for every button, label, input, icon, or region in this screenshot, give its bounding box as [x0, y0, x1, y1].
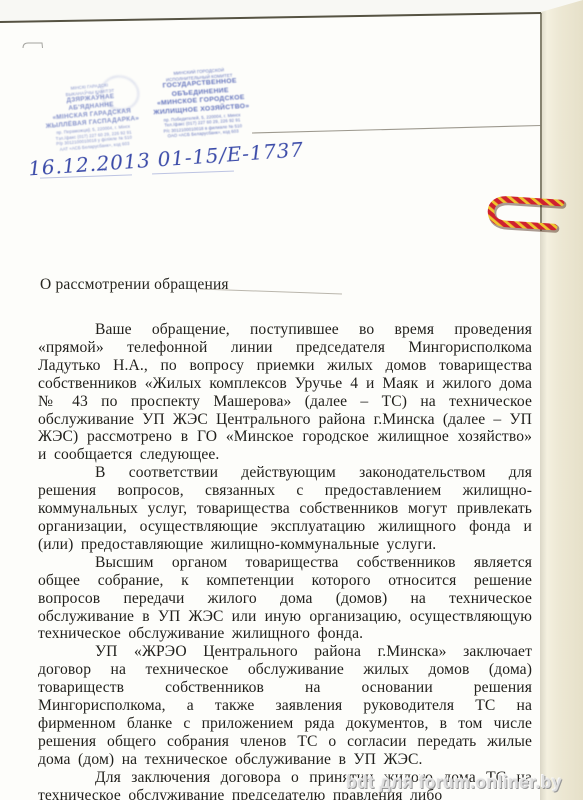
paragraph: Ваше обращение, поступившее во время про…	[38, 321, 532, 464]
paperclip-icon	[484, 188, 583, 240]
forum-watermark: bdt для forum.onliner.by	[346, 772, 562, 793]
letter-body: Ваше обращение, поступившее во время про…	[38, 321, 532, 800]
letter-subject: О рассмотрении обращения	[40, 276, 229, 294]
pen-mark	[23, 43, 43, 48]
scanned-letter-page: МІНСКІ ГАРАДСКІ ВЫКАНАЎЧЫ КАМІТЭТ ДЗЯРЖА…	[0, 0, 583, 800]
number-sign: №	[102, 167, 107, 172]
paragraph: Высшим органом товарищества собственнико…	[38, 554, 532, 644]
stamp-russian: МИНСКИЙ ГОРОДСКОЙ ИСПОЛНИТЕЛЬНЫЙ КОМИТЕТ…	[140, 65, 262, 141]
paragraph: В соответствии действующим законодательс…	[38, 464, 532, 554]
paper-crease-line	[252, 126, 541, 134]
paragraph: УП «ЖРЭО Центрального района г.Минска» з…	[38, 643, 532, 768]
scan-top-margin	[0, 0, 583, 22]
